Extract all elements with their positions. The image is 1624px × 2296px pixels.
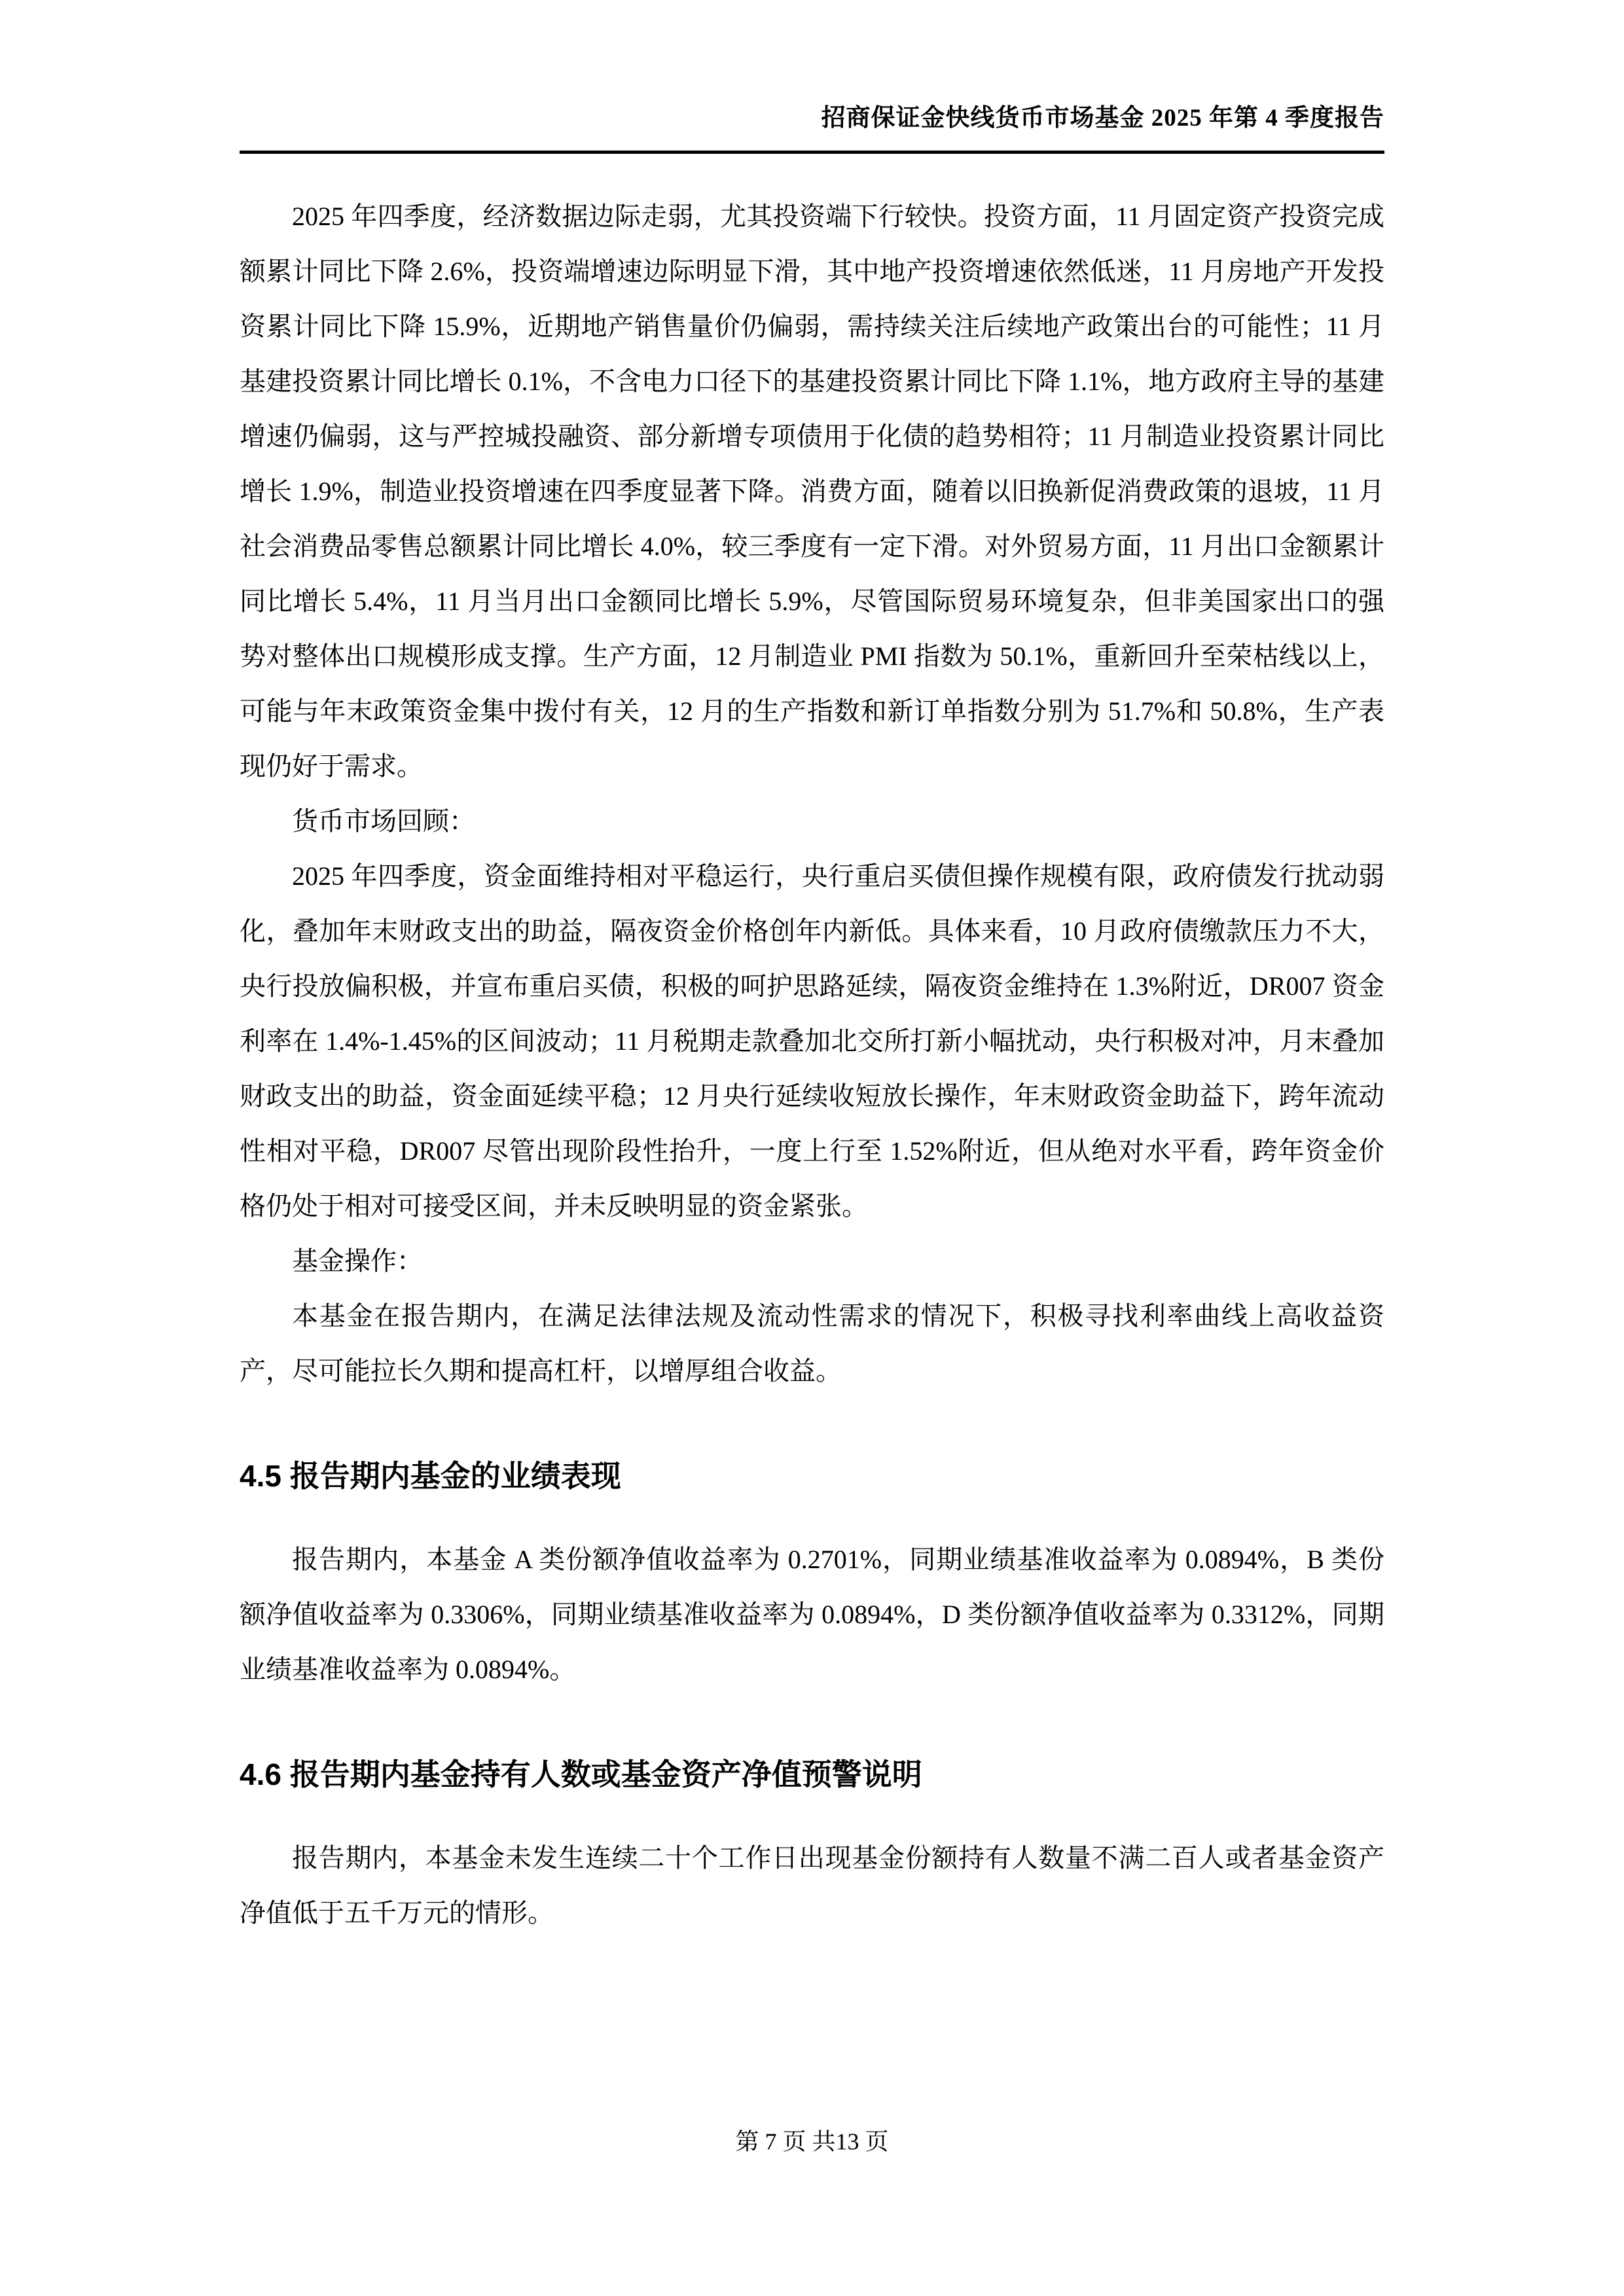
paragraph-money-market-review: 2025 年四季度，资金面维持相对平稳运行，央行重启买债但操作规模有限，政府债发… (240, 849, 1384, 1234)
page-footer: 第 7 页 共13 页 (0, 2128, 1624, 2156)
label-money-market-review: 货币市场回顾： (240, 794, 1384, 849)
report-title: 招商保证金快线货币市场基金 2025 年第 4 季度报告 (240, 103, 1384, 134)
paragraph-warning-statement: 报告期内，本基金未发生连续二十个工作日出现基金份额持有人数量不满二百人或者基金资… (240, 1831, 1384, 1941)
document-body: 2025 年四季度，经济数据边际走弱，尤其投资端下行较快。投资方面，11 月固定… (240, 154, 1384, 1941)
document-page: 招商保证金快线货币市场基金 2025 年第 4 季度报告 2025 年四季度，经… (0, 0, 1624, 2296)
section-heading-4-6-warning: 4.6 报告期内基金持有人数或基金资产净值预警说明 (240, 1755, 1384, 1794)
paragraph-fund-operation: 本基金在报告期内，在满足法律法规及流动性需求的情况下，积极寻找利率曲线上高收益资… (240, 1289, 1384, 1399)
page-number: 第 7 页 共13 页 (735, 2128, 888, 2155)
paragraph-macro-economy-review: 2025 年四季度，经济数据边际走弱，尤其投资端下行较快。投资方面，11 月固定… (240, 189, 1384, 794)
section-heading-4-5-performance: 4.5 报告期内基金的业绩表现 (240, 1456, 1384, 1496)
page-header: 招商保证金快线货币市场基金 2025 年第 4 季度报告 (240, 0, 1384, 154)
paragraph-performance-figures: 报告期内，本基金 A 类份额净值收益率为 0.2701%，同期业绩基准收益率为 … (240, 1532, 1384, 1697)
label-fund-operation: 基金操作： (240, 1234, 1384, 1289)
